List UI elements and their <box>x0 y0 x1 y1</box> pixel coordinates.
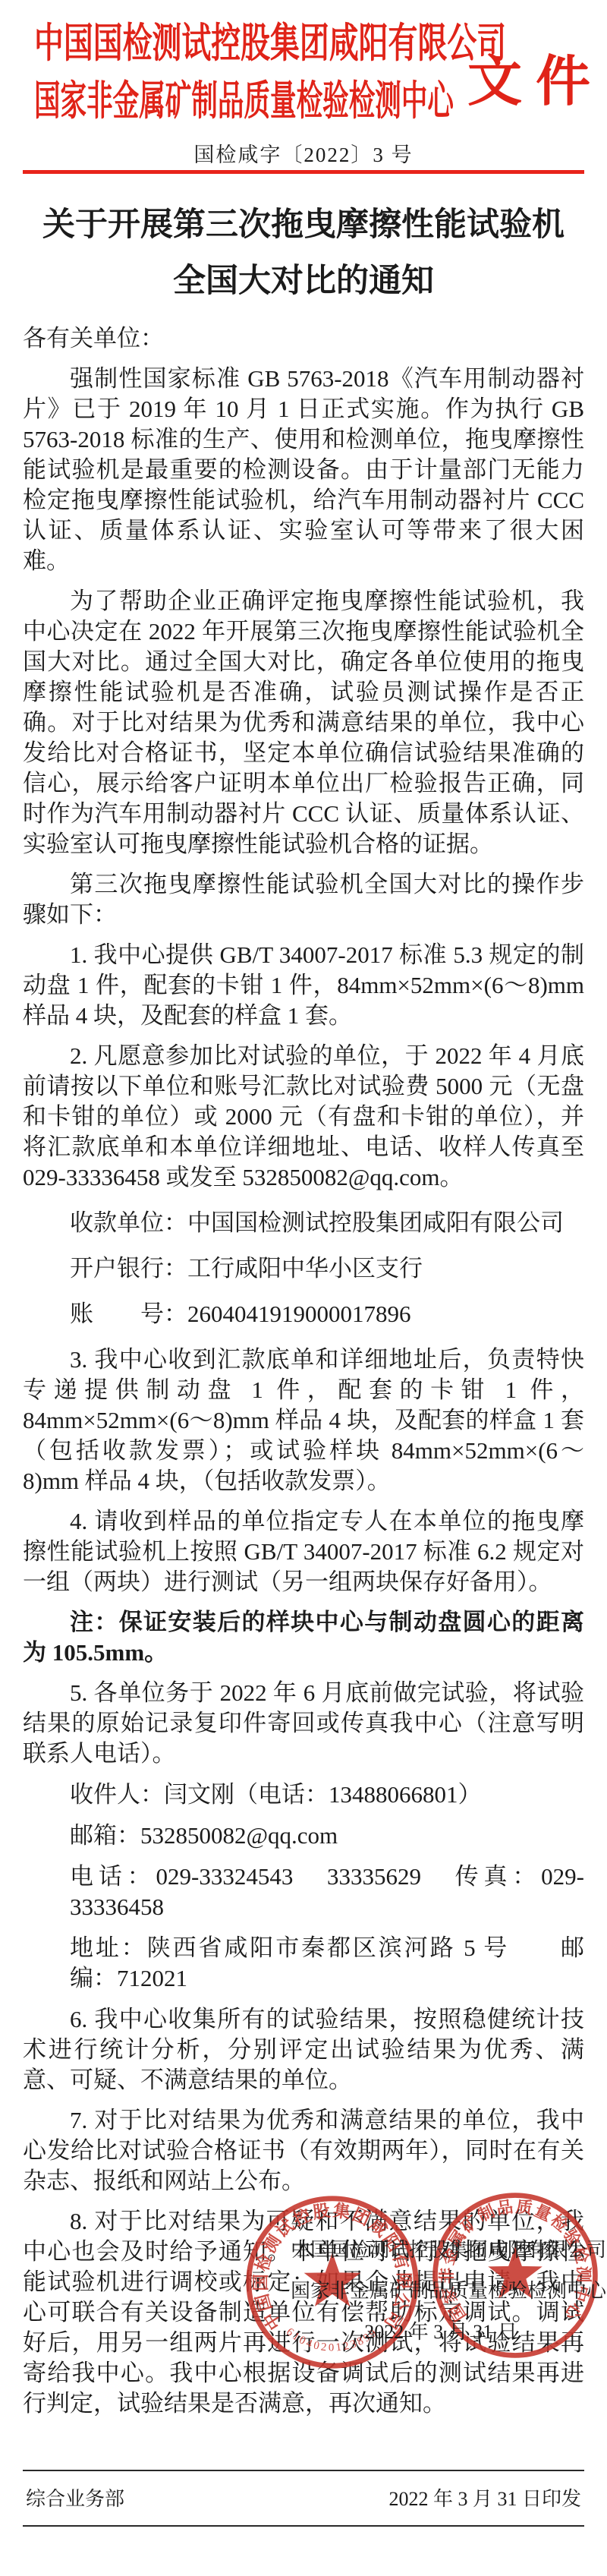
document-number: 国检咸字〔2022〕3 号 <box>0 138 607 168</box>
recipient-line: 收件人：闫文刚（电话：13488066801） <box>70 1780 584 1810</box>
email-line: 邮箱：532850082@qq.com <box>70 1821 584 1851</box>
paragraph-purpose: 为了帮助企业正确评定拖曳摩擦性能试验机，我中心决定在 2022 年开展第三次拖曳… <box>23 586 584 859</box>
signature-section: 中国国检测试控股集团咸阳有限公司 6104020123899 国家非金属矿制品质… <box>0 2185 607 2475</box>
issuer-name-line1: 中国国检测试控股集团咸阳有限公司 <box>34 21 506 66</box>
step-item-1: 1. 我中心提供 GB/T 34007-2017 标准 5.3 规定的制动盘 1… <box>23 940 584 1031</box>
signature-text: 中国国检测试控股集团咸阳有限公司 国家非金属矿制品质量检验检测中心 2022 年… <box>291 2235 591 2358</box>
signature-company-line1: 中国国检测试控股集团咸阳有限公司 <box>291 2235 591 2265</box>
step-item-4: 4. 请收到样品的单位指定专人在本单位的拖曳摩擦性能试验机上按照 GB/T 34… <box>23 1506 584 1597</box>
step-item-6: 6. 我中心收集所有的试验结果，按照稳健统计技术进行统计分析，分别评定出试验结果… <box>23 2004 584 2095</box>
step-item-3: 3. 我中心收到汇款底单和详细地址后，负责特快专递提供制动盘 1 件，配套的卡钳… <box>23 1345 584 1496</box>
salutation: 各有关单位： <box>23 323 584 354</box>
document-title: 关于开展第三次拖曳摩擦性能试验机 全国大对比的通知 <box>23 197 584 310</box>
document-footer: 综合业务部 2022 年 3 月 31 日印发 <box>23 2470 584 2527</box>
footer-dept: 综合业务部 <box>26 2483 124 2511</box>
steps-intro: 第三次拖曳摩擦性能试验机全国大对比的操作步骤如下： <box>23 869 584 930</box>
account-line: 账 号：2604041919000017896 <box>70 1299 584 1329</box>
step-item-7: 7. 对于比对结果为优秀和满意结果的单位，我中心发给比对试验合格证书（有效期两年… <box>23 2105 584 2196</box>
step-item-5: 5. 各单位务于 2022 年 6 月底前做完试验，将试验结果的原始记录复印件寄… <box>23 1678 584 1769</box>
footer-print-date: 2022 年 3 月 31 日印发 <box>388 2483 581 2511</box>
installation-note: 注：保证安装后的样块中心与制动盘圆心的距离为 105.5mm。 <box>23 1607 584 1668</box>
red-separator-rule <box>23 170 584 174</box>
letterhead: 中国国检测试控股集团咸阳有限公司 国家非金属矿制品质量检验检测中心 文 件 国检… <box>0 0 607 191</box>
paragraph-standard-background: 强制性国家标准 GB 5763-2018《汽车用制动器衬片》已于 2019 年 … <box>23 364 584 576</box>
step-item-2: 2. 凡愿意参加比对试验的单位，于 2022 年 4 月底前请按以下单位和账号汇… <box>23 1041 584 1193</box>
document-title-line2: 全国大对比的通知 <box>23 254 584 310</box>
address-line: 地址：陕西省咸阳市秦都区滨河路 5 号 邮编：712021 <box>70 1933 584 1994</box>
bank-line: 开户银行：工行咸阳中华小区支行 <box>70 1253 584 1284</box>
official-document-page: 中国国检测试控股集团咸阳有限公司 国家非金属矿制品质量检验检测中心 文 件 国检… <box>0 0 607 2576</box>
signature-date: 2022 年 3 月 31 日 <box>291 2317 591 2347</box>
phone-fax-line: 电话：029-33324543 33335629 传真：029-33336458 <box>70 1862 584 1922</box>
signature-company-line2: 国家非金属矿制品质量检验检测中心 <box>291 2276 591 2306</box>
payee-line: 收款单位：中国国检测试控股集团咸阳有限公司 <box>70 1208 584 1238</box>
document-title-line1: 关于开展第三次拖曳摩擦性能试验机 <box>23 197 584 254</box>
file-mark: 文 件 <box>467 55 590 109</box>
issuer-name-line2: 国家非金属矿制品质量检验检测中心 <box>34 79 454 124</box>
document-body: 各有关单位： 强制性国家标准 GB 5763-2018《汽车用制动器衬片》已于 … <box>0 323 607 2419</box>
